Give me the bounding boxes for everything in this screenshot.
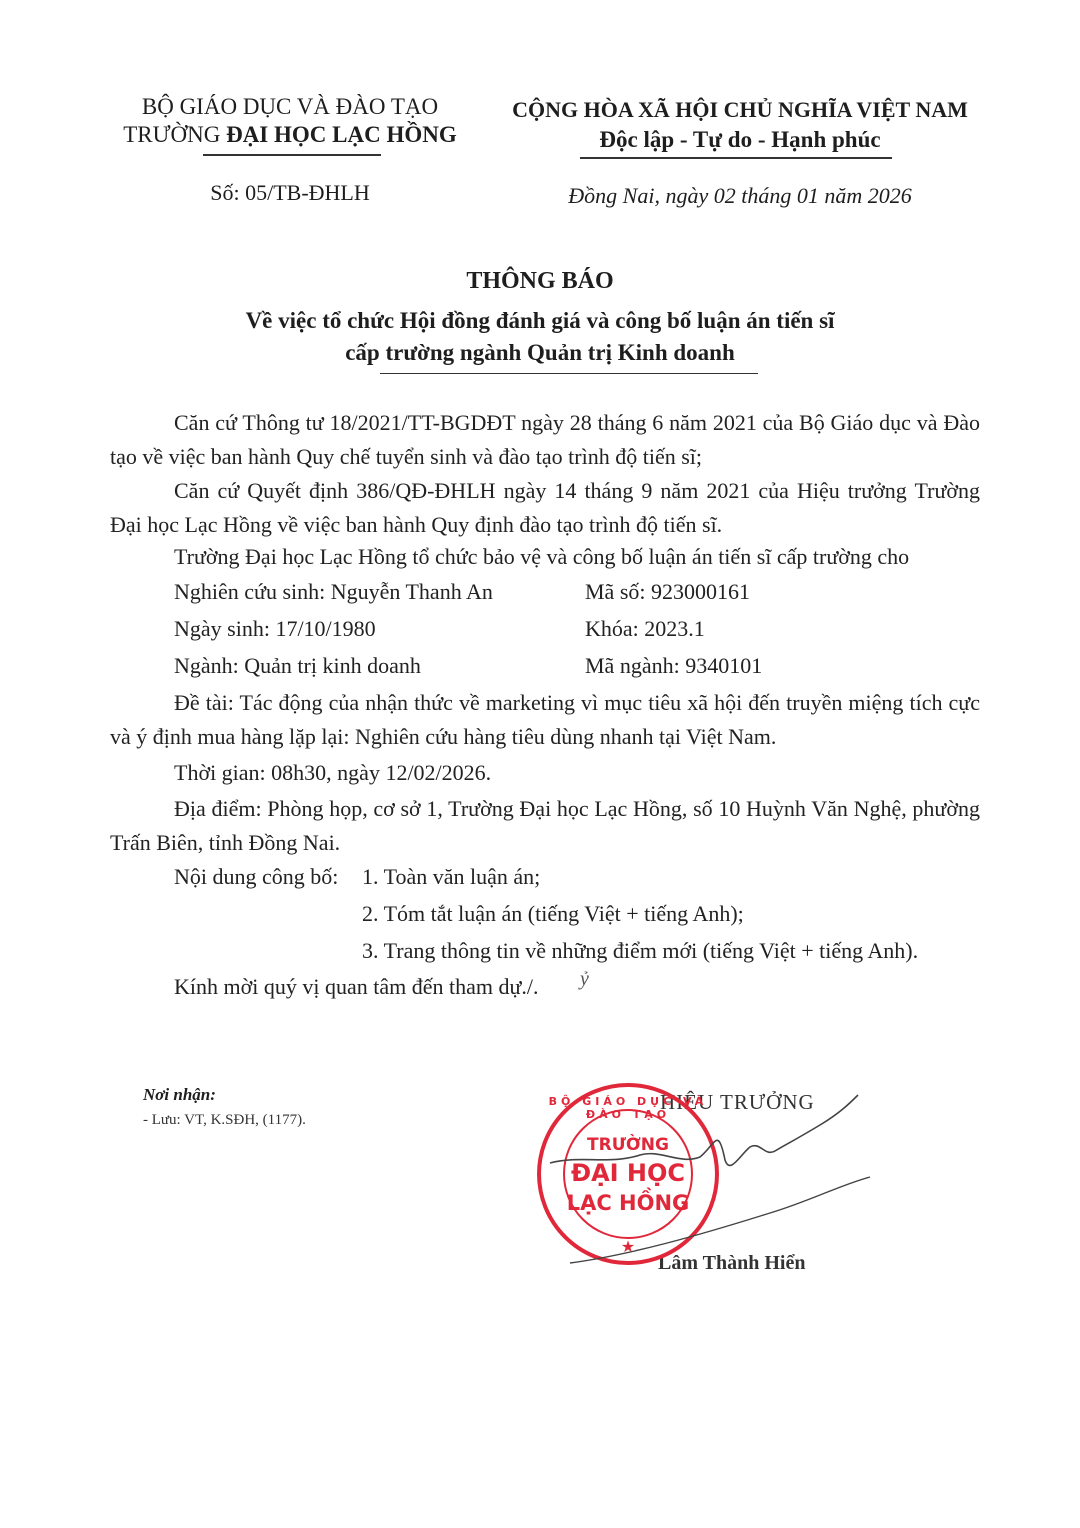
content-item-2: 2. Tóm tắt luận án (tiếng Việt + tiếng A…: [362, 897, 744, 931]
title-underline: [380, 373, 758, 374]
student-id: Mã số: 923000161: [585, 575, 750, 609]
defense-time: Thời gian: 08h30, ngày 12/02/2026.: [174, 756, 491, 790]
school-name: ĐẠI HỌC LẠC HỒNG: [226, 122, 457, 147]
motto-underline: [580, 157, 892, 159]
defense-location: Địa điểm: Phòng họp, cơ sở 1, Trường Đại…: [110, 792, 980, 860]
recipients-list: - Lưu: VT, K.SĐH, (1177).: [143, 1112, 306, 1129]
date-of-birth: Ngày sinh: 17/10/1980: [174, 612, 376, 646]
ministry-name: BỘ GIÁO DỤC VÀ ĐÀO TẠO: [100, 92, 480, 121]
signature-icon: [540, 1085, 870, 1285]
closing-invitation: Kính mời quý vị quan tâm đến tham dự./.: [174, 970, 539, 1004]
major: Ngành: Quản trị kinh doanh: [174, 649, 421, 683]
school-name-line: TRƯỜNG ĐẠI HỌC LẠC HỒNG: [100, 120, 480, 149]
content-item-3: 3. Trang thông tin về những điểm mới (ti…: [362, 934, 918, 968]
dissertation-topic: Đề tài: Tác động của nhận thức về market…: [110, 686, 980, 754]
candidate-name: Nghiên cứu sinh: Nguyễn Thanh An: [174, 575, 493, 609]
intro-text: Trường Đại học Lạc Hồng tổ chức bảo vệ v…: [174, 540, 909, 574]
document-title: THÔNG BÁO: [100, 268, 980, 295]
national-motto: Độc lập - Tự do - Hạnh phúc: [480, 125, 1000, 154]
legal-basis-1: Căn cứ Thông tư 18/2021/TT-BGDĐT ngày 28…: [110, 406, 980, 474]
school-underline: [203, 154, 381, 156]
content-item-1: 1. Toàn văn luận án;: [362, 860, 540, 894]
legal-basis-2: Căn cứ Quyết định 386/QĐ-ĐHLH ngày 14 th…: [110, 474, 980, 542]
document-subject-line2: cấp trường ngành Quản trị Kinh doanh: [100, 340, 980, 366]
major-code: Mã ngành: 9340101: [585, 649, 762, 683]
country-name: CỘNG HÒA XÃ HỘI CHỦ NGHĨA VIỆT NAM: [480, 95, 1000, 124]
document-number: Số: 05/TB-ĐHLH: [100, 178, 480, 207]
content-label: Nội dung công bố:: [174, 860, 338, 894]
school-prefix: TRƯỜNG: [123, 122, 226, 147]
place-date: Đồng Nai, ngày 02 tháng 01 năm 2026: [480, 181, 1000, 210]
cohort: Khóa: 2023.1: [585, 612, 705, 646]
initial-mark-icon: ỷ: [580, 968, 589, 991]
recipients-label: Nơi nhận:: [143, 1085, 216, 1105]
document-subject-line1: Về việc tổ chức Hội đồng đánh giá và côn…: [100, 308, 980, 334]
